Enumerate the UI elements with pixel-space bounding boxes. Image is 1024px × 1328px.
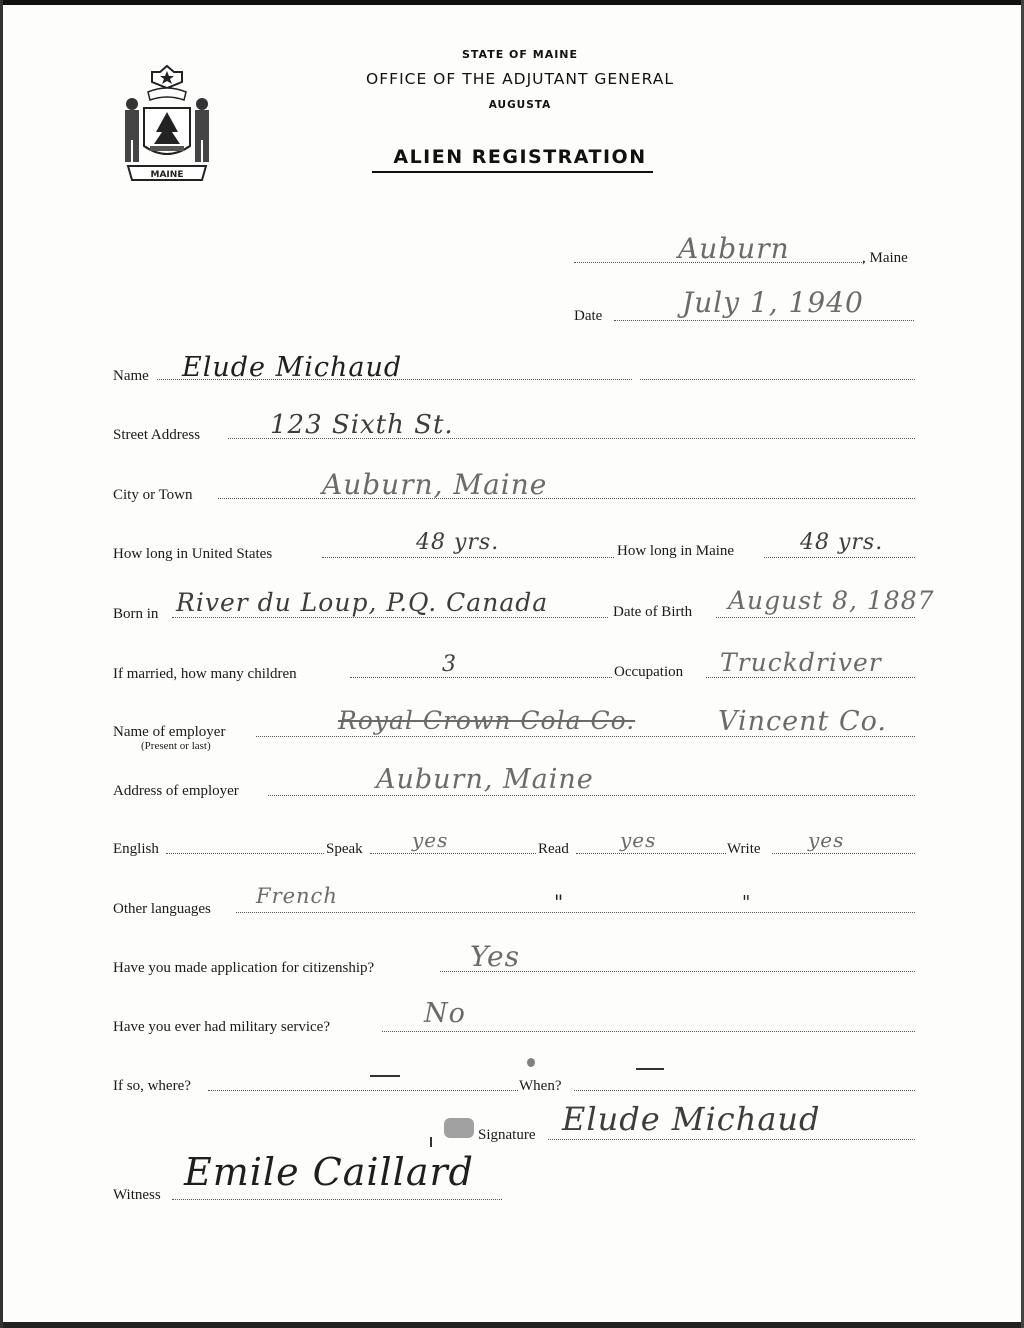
employer-name-sublabel: (Present or last) bbox=[141, 740, 211, 752]
city-or-town-value: Auburn, Maine bbox=[322, 468, 547, 501]
speak-value: yes bbox=[412, 828, 448, 852]
how-long-us-label: How long in United States bbox=[113, 546, 272, 563]
employer-name-struck-value: Royal Crown Cola Co. bbox=[338, 706, 635, 735]
where-label: If so, where? bbox=[113, 1078, 191, 1095]
write-value: yes bbox=[808, 828, 844, 852]
header-city: AUGUSTA bbox=[340, 99, 700, 111]
military-service-label: Have you ever had military service? bbox=[113, 1019, 330, 1036]
other-languages-ditto-2: " bbox=[742, 892, 751, 913]
employer-address-value: Auburn, Maine bbox=[376, 764, 594, 795]
other-languages-label: Other languages bbox=[113, 901, 211, 918]
military-service-value: No bbox=[424, 998, 466, 1029]
children-label: If married, how many children bbox=[113, 666, 297, 683]
read-label: Read bbox=[538, 841, 569, 858]
header-office: OFFICE OF THE ADJUTANT GENERAL bbox=[340, 70, 700, 88]
when-dash bbox=[636, 1068, 664, 1070]
scan-border-left bbox=[0, 0, 3, 1328]
employer-address-label: Address of employer bbox=[113, 783, 239, 800]
witness-value: Emile Caillard bbox=[184, 1150, 474, 1194]
svg-text:MAINE: MAINE bbox=[151, 170, 184, 180]
date-of-birth-label: Date of Birth bbox=[613, 604, 692, 621]
how-long-us-value: 48 yrs. bbox=[416, 530, 499, 555]
scan-border-top bbox=[0, 0, 1024, 5]
signature-value: Elude Michaud bbox=[562, 1100, 821, 1138]
form-title: ALIEN REGISTRATION bbox=[340, 146, 700, 168]
street-address-label: Street Address bbox=[113, 427, 200, 444]
state-seal-icon: MAINE bbox=[112, 62, 222, 186]
city-or-town-label: City or Town bbox=[113, 487, 193, 504]
name-value: Elude Michaud bbox=[182, 352, 402, 383]
born-in-label: Born in bbox=[113, 606, 158, 623]
citizenship-label: Have you made application for citizenshi… bbox=[113, 960, 374, 977]
place-suffix: , Maine bbox=[862, 250, 908, 267]
scan-border-bottom bbox=[0, 1322, 1024, 1328]
witness-label: Witness bbox=[113, 1187, 161, 1204]
born-in-value: River du Loup, P.Q. Canada bbox=[176, 588, 548, 617]
ink-spot bbox=[527, 1058, 535, 1067]
date-label: Date bbox=[574, 308, 602, 325]
english-label: English bbox=[113, 841, 159, 858]
write-label: Write bbox=[727, 841, 761, 858]
speak-label: Speak bbox=[326, 841, 363, 858]
occupation-value: Truckdriver bbox=[720, 648, 882, 677]
children-value: 3 bbox=[442, 652, 457, 677]
citizenship-value: Yes bbox=[470, 940, 520, 973]
pen-mark bbox=[430, 1137, 432, 1147]
other-languages-ditto-1: " bbox=[554, 890, 564, 914]
street-address-value: 123 Sixth St. bbox=[270, 410, 454, 440]
place-value: Auburn bbox=[678, 232, 790, 265]
date-value: July 1, 1940 bbox=[682, 286, 864, 319]
employer-name-value: Vincent Co. bbox=[718, 706, 887, 737]
when-label: When? bbox=[519, 1078, 561, 1095]
name-label: Name bbox=[113, 368, 149, 385]
signature-label: Signature bbox=[478, 1127, 536, 1144]
title-underline bbox=[372, 171, 653, 173]
date-of-birth-value: August 8, 1887 bbox=[728, 586, 935, 615]
ink-smudge bbox=[444, 1118, 474, 1138]
occupation-label: Occupation bbox=[614, 664, 683, 681]
how-long-maine-label: How long in Maine bbox=[617, 543, 734, 560]
other-languages-value: French bbox=[256, 884, 338, 908]
read-value: yes bbox=[620, 828, 656, 852]
where-dash bbox=[370, 1075, 400, 1077]
how-long-maine-value: 48 yrs. bbox=[800, 530, 883, 555]
employer-name-label: Name of employer bbox=[113, 724, 225, 741]
header-state: STATE OF MAINE bbox=[340, 48, 700, 61]
